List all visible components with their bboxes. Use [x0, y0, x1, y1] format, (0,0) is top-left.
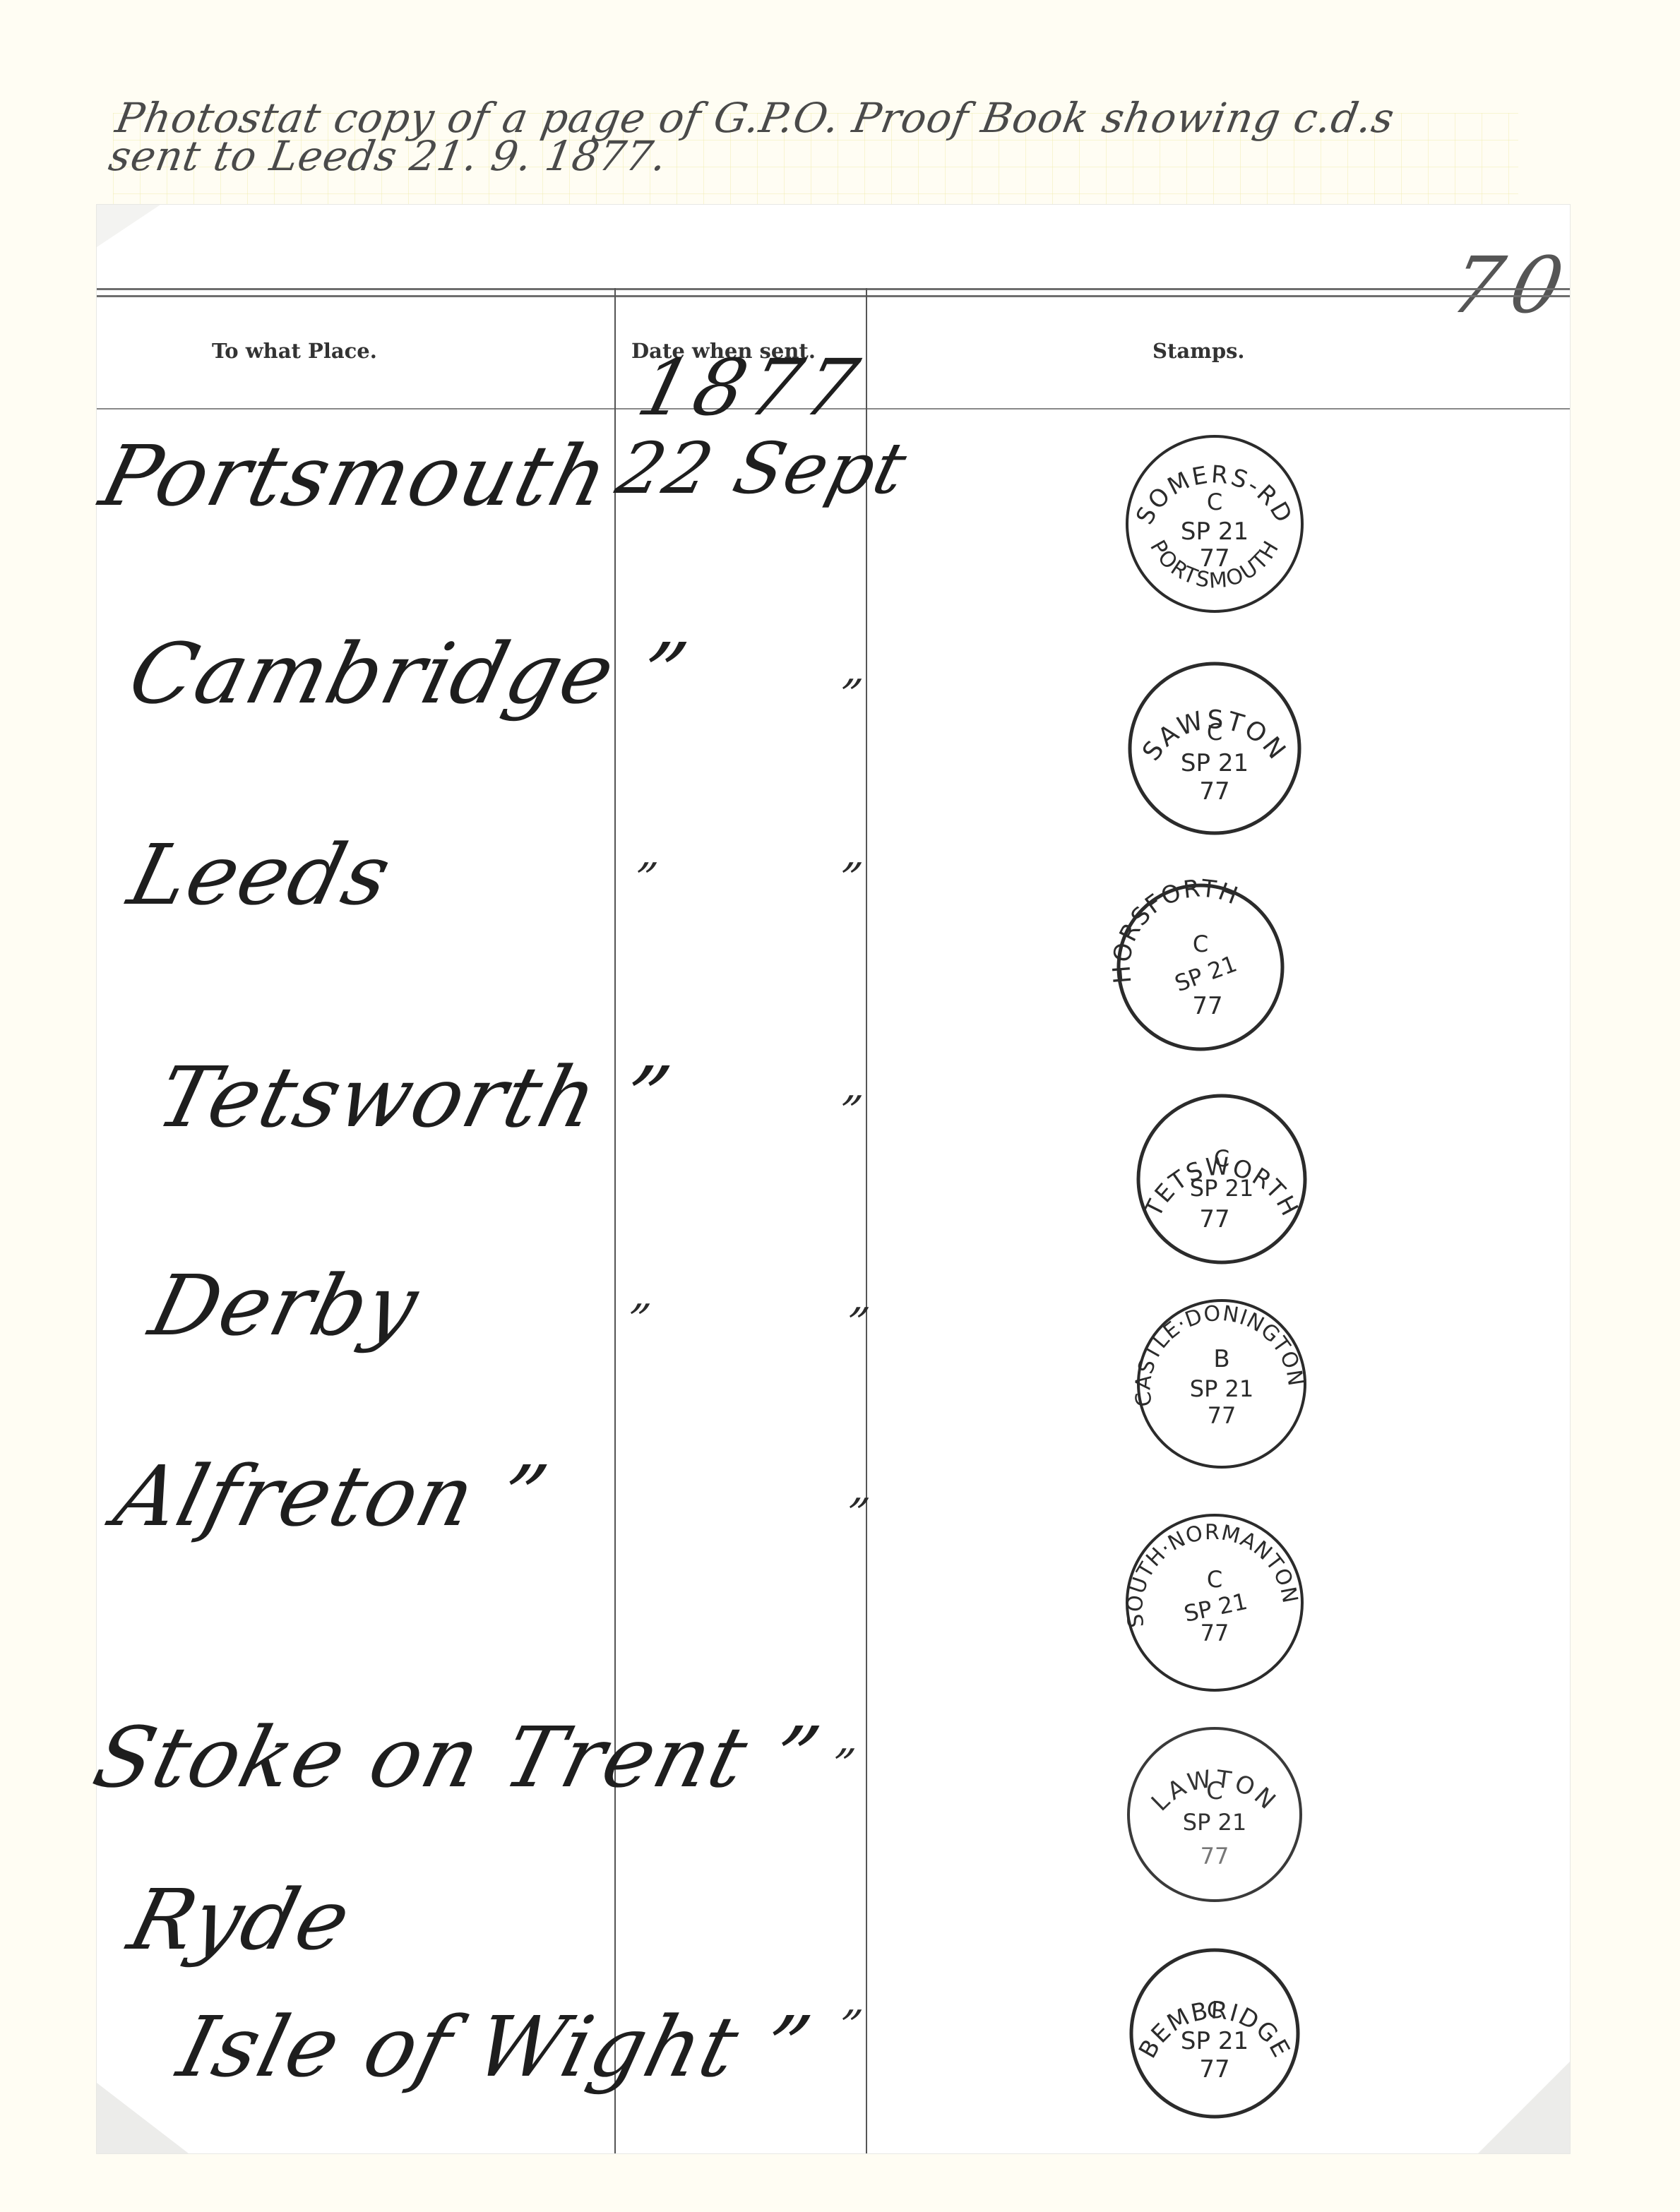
place-entry-line-2: Isle of Wight ” — [169, 1998, 821, 2096]
place-entry: Alfreton ” — [106, 1447, 558, 1545]
place-entry: Cambridge ” — [120, 625, 697, 722]
caption: Photostat copy of a page of G.P.O. Proof… — [106, 99, 1532, 175]
column-divider — [866, 288, 867, 2153]
svg-text:SP 21: SP 21 — [1190, 1375, 1254, 1402]
svg-text:SP 21: SP 21 — [1181, 749, 1249, 777]
place-entry: Tetsworth ” — [148, 1048, 680, 1146]
date-entry: 22 Sept — [609, 427, 915, 510]
postmark-castle-donington: CASTLE·DONINGTON B SP 21 77 — [1128, 1291, 1315, 1477]
svg-text:77: 77 — [1199, 2055, 1229, 2084]
column-divider — [614, 288, 616, 2153]
header-place: To what Place. — [212, 339, 377, 363]
svg-text:SP 21: SP 21 — [1183, 1809, 1247, 1836]
place-entry: Portsmouth — [92, 427, 619, 525]
svg-text:SP 21: SP 21 — [1190, 1175, 1254, 1202]
place-entry: Stoke on Trent ” — [85, 1709, 830, 1806]
postmark-horsforth: HORSFORTH C SP 21 77 — [1107, 874, 1294, 1060]
svg-text:77: 77 — [1192, 992, 1222, 1020]
postmark-somers-rd-portsmouth: SOMERS-RD PORTSMOUTH C SP 21 77 — [1121, 431, 1308, 617]
date-ditto: ” — [832, 671, 866, 720]
svg-text:77: 77 — [1199, 1205, 1229, 1233]
place-ditto: ” — [627, 854, 661, 904]
svg-text:SP 21: SP 21 — [1181, 2027, 1249, 2055]
postmark-sawston: SAWSTON C SP 21 77 — [1121, 655, 1308, 842]
svg-text:C: C — [1207, 719, 1222, 746]
svg-text:77: 77 — [1199, 544, 1229, 573]
date-ditto: ” — [832, 1087, 866, 1137]
postmark-bembridge: BEMBRIDGE C SP 21 77 — [1121, 1940, 1308, 2127]
svg-text:C: C — [1193, 931, 1208, 957]
svg-text:77: 77 — [1201, 1620, 1229, 1646]
caption-line-1: Photostat copy of a page of G.P.O. Proof… — [113, 99, 1532, 137]
postmark-lawton: LAWTON C SP 21 77 — [1121, 1721, 1308, 1908]
page-number: 70 — [1443, 240, 1580, 330]
year-entry: 1877 — [629, 342, 872, 433]
postmark-south-normanton: SOUTH·NORMANTON C SP 21 77 — [1121, 1509, 1308, 1696]
postmark-tetsworth: TETSWORTH C SP 21 77 — [1128, 1086, 1315, 1272]
svg-text:C: C — [1207, 489, 1222, 515]
place-entry: Ryde — [120, 1871, 361, 1968]
photo-corner-mount — [97, 205, 160, 247]
svg-text:77: 77 — [1199, 777, 1229, 806]
proof-book-page: 70 To what Place. Date when sent. Stamps… — [97, 205, 1570, 2153]
place-entry: Leeds — [120, 826, 402, 923]
header-double-rule — [97, 295, 1570, 297]
place-entry: Derby — [141, 1257, 429, 1354]
svg-text:77: 77 — [1201, 1843, 1229, 1870]
svg-text:C: C — [1207, 1997, 1222, 2023]
date-ditto: ” — [825, 1740, 859, 1790]
svg-text:C: C — [1207, 1566, 1222, 1593]
svg-text:77: 77 — [1208, 1402, 1237, 1429]
date-ditto: ” — [832, 2002, 866, 2051]
svg-text:B: B — [1213, 1345, 1229, 1373]
caption-line-2: sent to Leeds 21. 9. 1877. — [106, 137, 1525, 175]
place-ditto: ” — [620, 1296, 654, 1345]
header-stamps: Stamps. — [1152, 339, 1245, 363]
svg-text:C: C — [1206, 1777, 1223, 1805]
date-ditto: ” — [839, 1490, 873, 1539]
date-ditto: ” — [832, 854, 866, 904]
header-double-rule — [97, 288, 1570, 290]
svg-text:C: C — [1214, 1145, 1229, 1172]
photo-corner-mount — [1478, 2062, 1570, 2153]
svg-text:SP 21: SP 21 — [1181, 518, 1249, 546]
date-ditto: ” — [839, 1299, 873, 1349]
